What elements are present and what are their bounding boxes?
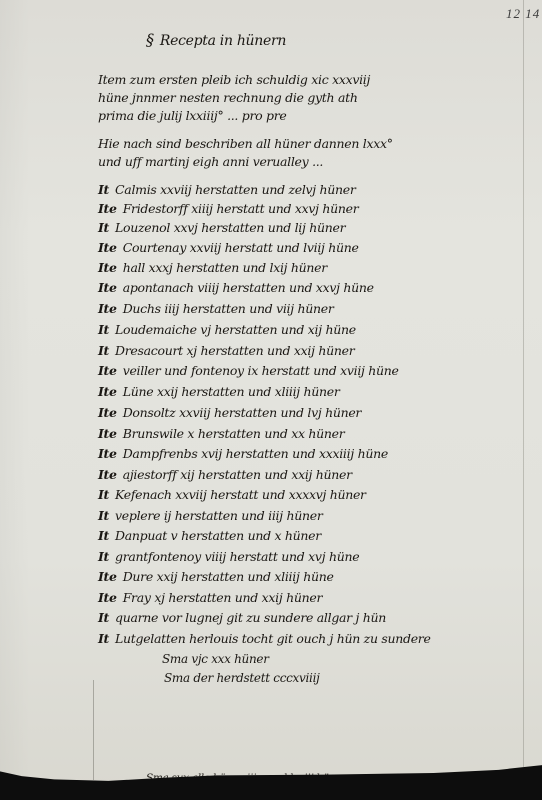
entry-row: ItLoudemaiche vj herstatten und xij hüne <box>98 322 356 337</box>
entry-text: Dresacourt xj herstatten und xxij hüner <box>115 343 354 358</box>
item-mark: Ite <box>98 384 117 399</box>
entry-text: Fray xj herstatten und xxij hüner <box>123 590 322 605</box>
item-mark: It <box>98 343 109 358</box>
entry-row: ItLutgelatten herlouis tocht git ouch j … <box>98 631 431 646</box>
entry-row: IteDampfrenbs xvij herstatten und xxxiii… <box>98 446 388 461</box>
entry-text: Brunswile x herstatten und xx hüner <box>123 426 345 441</box>
item-mark: It <box>98 220 109 235</box>
entry-text: veplere ij herstatten und iiij hüner <box>115 508 322 523</box>
entry-text: Dure xxij herstatten und xliiij hüne <box>123 569 334 584</box>
entry-text: veiller und fontenoy ix herstatt und xvi… <box>123 363 399 378</box>
entry-row: ItDanpuat v herstatten und x hüner <box>98 528 321 543</box>
total-hens: Sma vjc xxx hüner <box>162 652 269 666</box>
item-mark: Ite <box>98 260 117 275</box>
entry-text: Dampfrenbs xvij herstatten und xxxiiij h… <box>123 446 388 461</box>
entry-row: ItDresacourt xj herstatten und xxij hüne… <box>98 343 354 358</box>
item-mark: Ite <box>98 301 117 316</box>
entry-row: IteLüne xxij herstatten und xliiij hüner <box>98 384 340 399</box>
footer-sum-note: Sma sux alle hüne viijc. und lxviij hüne… <box>146 772 354 784</box>
item-mark: It <box>98 487 109 502</box>
item-mark: Ite <box>98 280 117 295</box>
entry-row: Iteveiller und fontenoy ix herstatt und … <box>98 363 399 378</box>
item-mark: Ite <box>98 467 117 482</box>
entry-text: Fridestorff xiiij herstatt und xxvj hüne… <box>123 201 359 216</box>
entry-row: Itveplere ij herstatten und iiij hüner <box>98 508 323 523</box>
entry-row: Itquarne vor lugnej git zu sundere allga… <box>98 610 386 625</box>
item-mark: It <box>98 610 109 625</box>
paragraph-mark-icon: § <box>146 30 154 49</box>
item-mark: Ite <box>98 363 117 378</box>
item-mark: It <box>98 508 109 523</box>
page-crease <box>523 0 524 792</box>
entry-row: Iteajiestorff xij herstatten und xxij hü… <box>98 467 352 482</box>
item-mark: Ite <box>98 240 117 255</box>
entry-text: Lüne xxij herstatten und xliiij hüner <box>123 384 340 399</box>
entry-text: apontanach viiij herstatten und xxvj hün… <box>123 280 374 295</box>
entry-text: Donsoltz xxviij herstatten und lvj hüner <box>123 405 361 420</box>
item-mark: Ite <box>98 426 117 441</box>
entry-row: Iteapontanach viiij herstatten und xxvj … <box>98 280 374 295</box>
entry-row: IteFridestorff xiiij herstatt und xxvj h… <box>98 201 358 216</box>
item-mark: It <box>98 631 109 646</box>
entry-row: Itgrantfontenoy viiij herstatt und xvj h… <box>98 549 359 564</box>
entry-text: Louzenol xxvj herstatten und lij hüner <box>115 220 345 235</box>
total-hearths: Sma der herdstett cccxviiij <box>164 671 320 685</box>
entry-row: IteCourtenay xxviij herstatt und lviij h… <box>98 240 359 255</box>
entry-row: ItCalmis xxviij herstatten und zelvj hün… <box>98 182 356 197</box>
entry-row: ItLouzenol xxvj herstatten und lij hüner <box>98 220 345 235</box>
intro-line: prima die julij lxxiiij° ... pro pre <box>98 108 287 123</box>
entry-row: Itehall xxxj herstatten und lxij hüner <box>98 260 327 275</box>
item-mark: Ite <box>98 446 117 461</box>
entry-text: quarne vor lugnej git zu sundere allgar … <box>115 610 386 625</box>
item-mark: It <box>98 182 109 197</box>
item-mark: It <box>98 549 109 564</box>
entry-row: IteBrunswile x herstatten und xx hüner <box>98 426 344 441</box>
entry-text: Lutgelatten herlouis tocht git ouch j hü… <box>115 631 431 646</box>
entry-text: grantfontenoy viiij herstatt und xvj hün… <box>115 549 359 564</box>
entry-text: hall xxxj herstatten und lxij hüner <box>123 260 327 275</box>
entry-text: Loudemaiche vj herstatten und xij hüne <box>115 322 356 337</box>
item-mark: Ite <box>98 569 117 584</box>
item-mark: Ite <box>98 405 117 420</box>
manuscript-page: 12 14 § Recepta in hünern Item zum erste… <box>0 0 542 792</box>
intro-line: hüne jnnmer nesten rechnung die gyth ath <box>98 90 358 105</box>
item-mark: Ite <box>98 201 117 216</box>
intro-line: Hie nach sind beschriben all hüner danne… <box>98 136 393 151</box>
entry-text: Calmis xxviij herstatten und zelvj hüner <box>115 182 356 197</box>
entry-row: IteDonsoltz xxviij herstatten und lvj hü… <box>98 405 361 420</box>
page-heading: § Recepta in hünern <box>146 30 286 49</box>
heading-title: Recepta in hünern <box>160 33 286 49</box>
entry-text: ajiestorff xij herstatten und xxij hüner <box>123 467 352 482</box>
page-fold-mark <box>93 680 94 780</box>
intro-line: und uff martinj eigh anni verualley ... <box>98 154 323 169</box>
entry-text: Danpuat v herstatten und x hüner <box>115 528 321 543</box>
item-mark: It <box>98 322 109 337</box>
entry-text: Courtenay xxviij herstatt und lviij hüne <box>123 240 359 255</box>
item-mark: Ite <box>98 590 117 605</box>
folio-number: 12 14 <box>506 6 540 22</box>
intro-line: Item zum ersten pleib ich schuldig xic x… <box>98 72 370 87</box>
entry-row: IteFray xj herstatten und xxij hüner <box>98 590 322 605</box>
entry-row: IteDuchs iiij herstatten und viij hüner <box>98 301 334 316</box>
entry-row: ItKefenach xxviij herstatt und xxxxvj hü… <box>98 487 366 502</box>
entry-text: Kefenach xxviij herstatt und xxxxvj hüne… <box>115 487 366 502</box>
item-mark: It <box>98 528 109 543</box>
entry-row: IteDure xxij herstatten und xliiij hüne <box>98 569 334 584</box>
entry-text: Duchs iiij herstatten und viij hüner <box>123 301 334 316</box>
